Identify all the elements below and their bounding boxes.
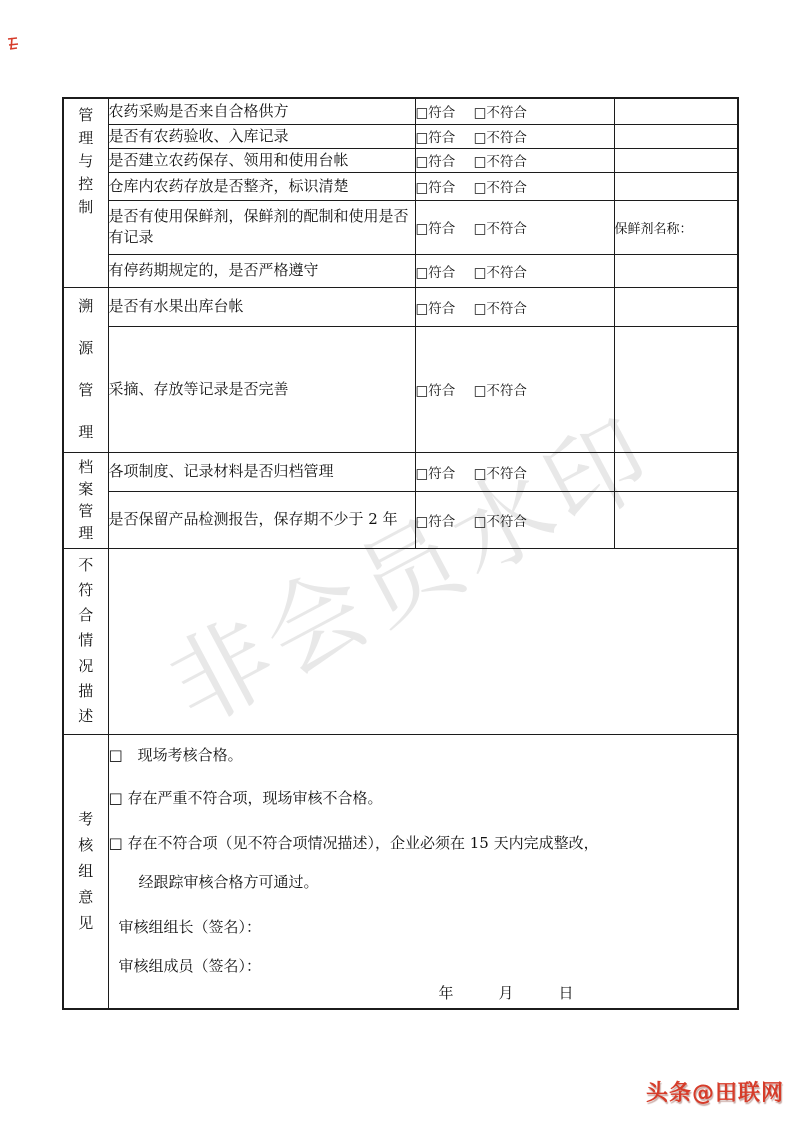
compliance-cell: □符合 □不符合 — [415, 254, 614, 287]
checkbox-pass[interactable]: □符合 — [416, 510, 456, 530]
table-row: 是否建立农药保存、领用和使用台帐 □符合 □不符合 — [63, 148, 738, 172]
document-page: 非会员水印 管理与控制 农药采购是否来自合格供方 □符合 □不符合 是否有农药验… — [0, 0, 793, 1122]
table-row: 采摘、存放等记录是否完善 □符合 □不符合 — [63, 326, 738, 452]
compliance-cell: □符合 □不符合 — [415, 172, 614, 200]
question-cell: 是否有水果出库台帐 — [108, 287, 415, 326]
question-cell: 是否建立农药保存、领用和使用台帐 — [108, 148, 415, 172]
note-cell — [614, 148, 738, 172]
opinion-option-major-nonconformity[interactable]: □ 存在严重不符合项，现场审核不合格。 — [109, 788, 738, 809]
note-cell — [614, 452, 738, 491]
section-header-label: 考核组意见 — [64, 735, 108, 1009]
section-header-review-opinion: 考核组意见 — [63, 734, 108, 1009]
compliance-cell: □符合 □不符合 — [415, 98, 614, 124]
section-header-label: 档案管理 — [64, 453, 108, 548]
table-row: 是否保留产品检测报告，保存期不少于 2 年 □符合 □不符合 — [63, 491, 738, 548]
question-cell: 农药采购是否来自合格供方 — [108, 98, 415, 124]
question-cell: 有停药期规定的，是否严格遵守 — [108, 254, 415, 287]
compliance-cell: □符合 □不符合 — [415, 200, 614, 254]
preservative-name-label: 保鲜剂名称： — [614, 200, 738, 254]
note-cell — [614, 172, 738, 200]
compliance-cell: □符合 □不符合 — [415, 491, 614, 548]
opinion-option-minor-nonconformity[interactable]: □ 存在不符合项（见不符合项情况描述），企业必须在 15 天内完成整改， — [109, 833, 738, 854]
section-header-nonconformity: 不符合情况描述 — [63, 548, 108, 734]
checkbox-fail[interactable]: □不符合 — [474, 126, 527, 146]
checkbox-pass[interactable]: □符合 — [416, 462, 456, 482]
checkbox-fail[interactable]: □不符合 — [474, 462, 527, 482]
note-cell — [614, 491, 738, 548]
compliance-cell: □符合 □不符合 — [415, 287, 614, 326]
checkbox-fail[interactable]: □不符合 — [474, 510, 527, 530]
table-row: 不符合情况描述 — [63, 548, 738, 734]
compliance-cell: □符合 □不符合 — [415, 452, 614, 491]
section-header-label: 溯源管理 — [64, 288, 108, 452]
checkbox-pass[interactable]: □符合 — [416, 101, 456, 121]
section-header-archives: 档案管理 — [63, 452, 108, 548]
question-cell: 各项制度、记录材料是否归档管理 — [108, 452, 415, 491]
checkbox-pass[interactable]: □符合 — [416, 297, 456, 317]
checkbox-fail[interactable]: □不符合 — [474, 176, 527, 196]
nonconformity-description-area[interactable] — [108, 548, 738, 734]
checkbox-pass[interactable]: □符合 — [416, 176, 456, 196]
checkbox-pass[interactable]: □符合 — [416, 150, 456, 170]
checkbox-pass[interactable]: □符合 — [416, 217, 456, 237]
table-row: 仓库内农药存放是否整齐，标识清楚 □符合 □不符合 — [63, 172, 738, 200]
checkbox-fail[interactable]: □不符合 — [474, 101, 527, 121]
checkbox-fail[interactable]: □不符合 — [474, 150, 527, 170]
red-ink-mark-icon — [6, 36, 20, 52]
question-cell: 是否保留产品检测报告，保存期不少于 2 年 — [108, 491, 415, 548]
checkbox-fail[interactable]: □不符合 — [474, 379, 527, 399]
note-cell — [614, 287, 738, 326]
checkbox-fail[interactable]: □不符合 — [474, 261, 527, 281]
compliance-cell: □符合 □不符合 — [415, 124, 614, 148]
checkbox-pass[interactable]: □符合 — [416, 379, 456, 399]
section-header-management-control: 管理与控制 — [63, 98, 108, 287]
question-cell: 是否有使用保鲜剂，保鲜剂的配制和使用是否有记录 — [108, 200, 415, 254]
question-cell: 采摘、存放等记录是否完善 — [108, 326, 415, 452]
question-cell: 仓库内农药存放是否整齐，标识清楚 — [108, 172, 415, 200]
toutiao-credit-watermark: 头条@田联网 — [646, 1076, 784, 1107]
section-header-label: 不符合情况描述 — [64, 549, 108, 734]
section-header-traceability: 溯源管理 — [63, 287, 108, 452]
question-cell: 是否有农药验收、入库记录 — [108, 124, 415, 148]
table-row: 是否有使用保鲜剂，保鲜剂的配制和使用是否有记录 □符合 □不符合 保鲜剂名称： — [63, 200, 738, 254]
table-row: 档案管理 各项制度、记录材料是否归档管理 □符合 □不符合 — [63, 452, 738, 491]
opinion-option-pass[interactable]: □ 现场考核合格。 — [109, 745, 738, 766]
checkbox-fail[interactable]: □不符合 — [474, 217, 527, 237]
section-header-label: 管理与控制 — [64, 99, 108, 287]
checkbox-pass[interactable]: □符合 — [416, 261, 456, 281]
table-row: 考核组意见 □ 现场考核合格。 □ 存在严重不符合项，现场审核不合格。 □ 存在… — [63, 734, 738, 1009]
checkbox-fail[interactable]: □不符合 — [474, 297, 527, 317]
compliance-cell: □符合 □不符合 — [415, 148, 614, 172]
note-cell — [614, 326, 738, 452]
table-row: 有停药期规定的，是否严格遵守 □符合 □不符合 — [63, 254, 738, 287]
note-cell — [614, 98, 738, 124]
audit-form-table: 管理与控制 农药采购是否来自合格供方 □符合 □不符合 是否有农药验收、入库记录… — [62, 97, 739, 1010]
date-field[interactable]: 年 月 日 — [439, 983, 738, 1004]
leader-signature-field[interactable]: 审核组组长（签名）： — [119, 917, 738, 938]
opinion-option-continuation: 经跟踪审核合格方可通过。 — [139, 872, 738, 893]
members-signature-field[interactable]: 审核组成员（签名）： — [119, 956, 738, 977]
note-cell — [614, 124, 738, 148]
table-row: 溯源管理 是否有水果出库台帐 □符合 □不符合 — [63, 287, 738, 326]
compliance-cell: □符合 □不符合 — [415, 326, 614, 452]
note-cell — [614, 254, 738, 287]
table-row: 管理与控制 农药采购是否来自合格供方 □符合 □不符合 — [63, 98, 738, 124]
review-opinion-area: □ 现场考核合格。 □ 存在严重不符合项，现场审核不合格。 □ 存在不符合项（见… — [108, 734, 738, 1009]
table-row: 是否有农药验收、入库记录 □符合 □不符合 — [63, 124, 738, 148]
checkbox-pass[interactable]: □符合 — [416, 126, 456, 146]
